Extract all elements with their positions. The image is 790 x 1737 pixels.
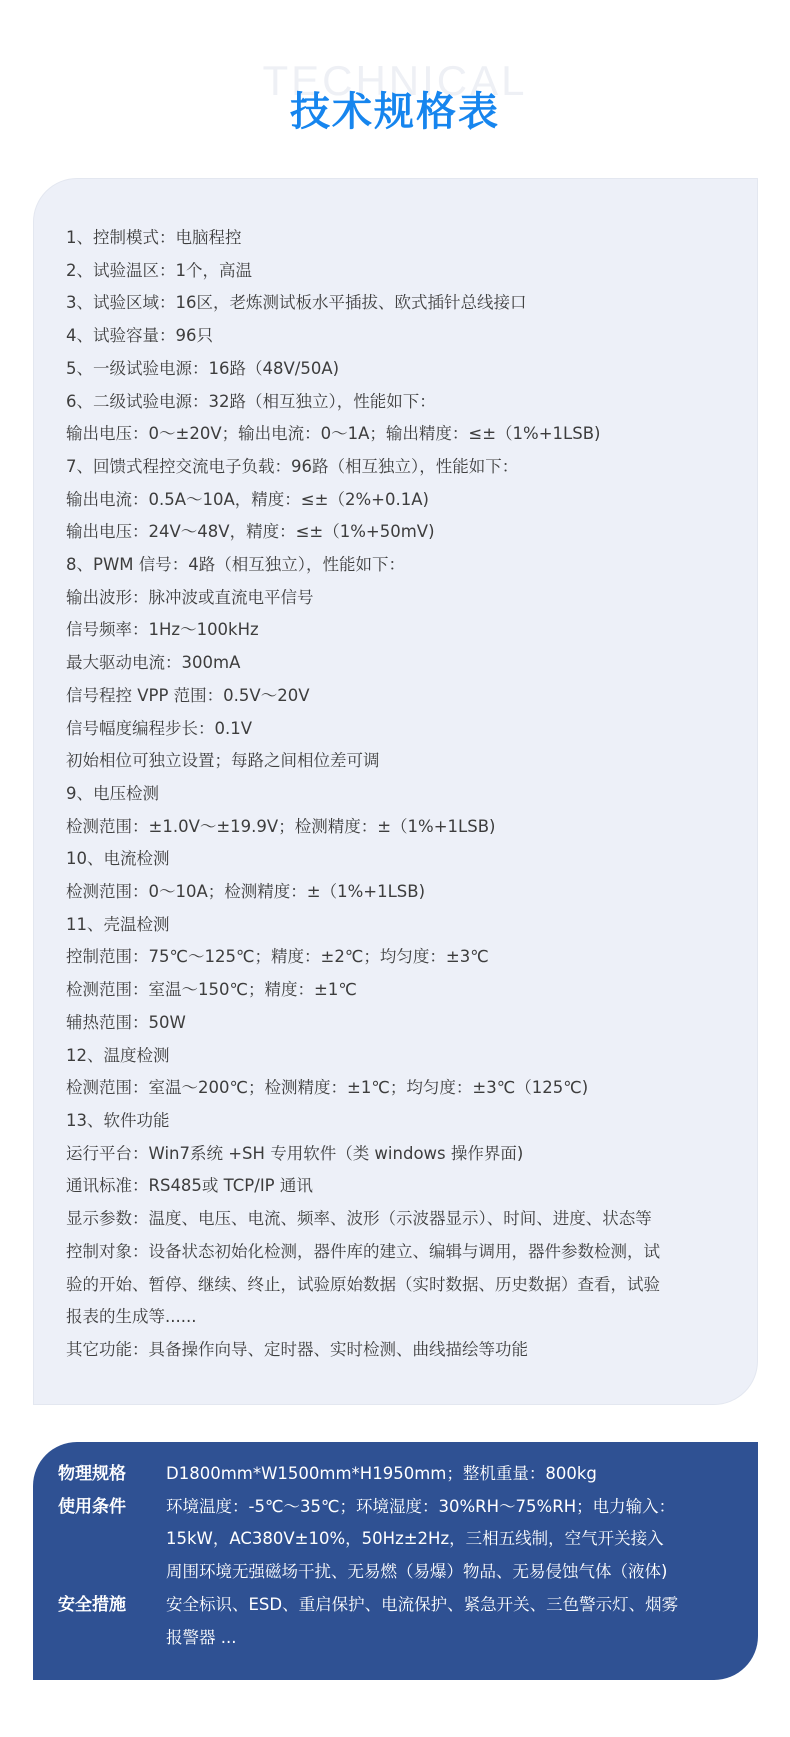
spec-line: 检测范围：±1.0V～±19.9V；检测精度：±（1%+1LSB) bbox=[66, 811, 737, 844]
spec-line: 辅热范围：50W bbox=[66, 1007, 737, 1040]
spec-line: 11、壳温检测 bbox=[66, 909, 737, 942]
usage-conditions-values: 环境温度：-5℃～35℃；环境湿度：30%RH～75%RH；电力输入： 15kW… bbox=[166, 1491, 738, 1589]
spec-line: 检测范围：室温～200℃；检测精度：±1℃；均匀度：±3℃（125℃) bbox=[66, 1072, 737, 1105]
spec-line: 最大驱动电流：300mA bbox=[66, 647, 737, 680]
spec-line: 9、电压检测 bbox=[66, 778, 737, 811]
safety-measures-row: 安全措施 安全标识、ESD、重启保护、电流保护、紧急开关、三色警示灯、烟雾 报警… bbox=[58, 1589, 738, 1654]
spec-line: 2、试验温区：1个，高温 bbox=[66, 255, 737, 288]
spec-line: 信号幅度编程步长：0.1V bbox=[66, 713, 737, 746]
page-header: TECHNICAL 技术规格表 bbox=[0, 0, 790, 170]
physical-spec-card: 物理规格 D1800mm*W1500mm*H1950mm；整机重量：800kg … bbox=[33, 1442, 758, 1680]
spec-line: 13、软件功能 bbox=[66, 1105, 737, 1138]
safety-measures-values: 安全标识、ESD、重启保护、电流保护、紧急开关、三色警示灯、烟雾 报警器 ... bbox=[166, 1589, 738, 1654]
spec-line: 控制范围：75℃～125℃；精度：±2℃；均匀度：±3℃ bbox=[66, 941, 737, 974]
spec-line: 输出电压：0～±20V；输出电流：0～1A；输出精度：≤±（1%+1LSB) bbox=[66, 418, 737, 451]
usage-conditions-row: 使用条件 环境温度：-5℃～35℃；环境湿度：30%RH～75%RH；电力输入：… bbox=[58, 1491, 738, 1589]
spec-line: 信号程控 VPP 范围：0.5V～20V bbox=[66, 680, 737, 713]
usage-conditions-label: 使用条件 bbox=[58, 1491, 166, 1589]
spec-line: 报表的生成等...... bbox=[66, 1301, 737, 1334]
spec-line: 控制对象：设备状态初始化检测，器件库的建立、编辑与调用，器件参数检测，试 bbox=[66, 1236, 737, 1269]
spec-line: 1、控制模式：电脑程控 bbox=[66, 222, 737, 255]
physical-spec-label: 物理规格 bbox=[58, 1458, 166, 1491]
physical-spec-row: 物理规格 D1800mm*W1500mm*H1950mm；整机重量：800kg bbox=[58, 1458, 738, 1491]
spec-line: 检测范围：室温～150℃；精度：±1℃ bbox=[66, 974, 737, 1007]
spec-line: 3、试验区域：16区，老炼测试板水平插拔、欧式插针总线接口 bbox=[66, 287, 737, 320]
spec-line: 5、一级试验电源：16路（48V/50A) bbox=[66, 353, 737, 386]
spec-line: 8、PWM 信号：4路（相互独立），性能如下： bbox=[66, 549, 737, 582]
physical-spec-rows: 物理规格 D1800mm*W1500mm*H1950mm；整机重量：800kg … bbox=[58, 1458, 738, 1654]
spec-line: 信号频率：1Hz～100kHz bbox=[66, 614, 737, 647]
spec-line: 显示参数：温度、电压、电流、频率、波形（示波器显示）、时间、进度、状态等 bbox=[66, 1203, 737, 1236]
spec-line: 4、试验容量：96只 bbox=[66, 320, 737, 353]
usage-conditions-value: 环境温度：-5℃～35℃；环境湿度：30%RH～75%RH；电力输入： bbox=[166, 1491, 738, 1524]
spec-line: 验的开始、暂停、继续、终止，试验原始数据（实时数据、历史数据）查看，试验 bbox=[66, 1269, 737, 1302]
spec-card: 1、控制模式：电脑程控 2、试验温区：1个，高温 3、试验区域：16区，老炼测试… bbox=[33, 178, 758, 1405]
spec-line: 10、电流检测 bbox=[66, 843, 737, 876]
physical-spec-value: D1800mm*W1500mm*H1950mm；整机重量：800kg bbox=[166, 1458, 738, 1491]
spec-line: 通讯标准：RS485或 TCP/IP 通讯 bbox=[66, 1170, 737, 1203]
usage-conditions-value: 周围环境无强磁场干扰、无易燃（易爆）物品、无易侵蚀气体（液体) bbox=[166, 1556, 738, 1589]
spec-line: 检测范围：0～10A；检测精度：±（1%+1LSB) bbox=[66, 876, 737, 909]
spec-line: 其它功能：具备操作向导、定时器、实时检测、曲线描绘等功能 bbox=[66, 1334, 737, 1367]
page-title: 技术规格表 bbox=[0, 80, 790, 137]
safety-measures-label: 安全措施 bbox=[58, 1589, 166, 1654]
spec-line: 初始相位可独立设置；每路之间相位差可调 bbox=[66, 745, 737, 778]
spec-line: 7、回馈式程控交流电子负载：96路（相互独立），性能如下： bbox=[66, 451, 737, 484]
spec-list: 1、控制模式：电脑程控 2、试验温区：1个，高温 3、试验区域：16区，老炼测试… bbox=[66, 222, 737, 1367]
spec-line: 输出电压：24V～48V，精度：≤±（1%+50mV) bbox=[66, 516, 737, 549]
spec-line: 输出电流：0.5A～10A，精度：≤±（2%+0.1A) bbox=[66, 484, 737, 517]
spec-line: 运行平台：Win7系统 +SH 专用软件（类 windows 操作界面) bbox=[66, 1138, 737, 1171]
usage-conditions-value: 15kW，AC380V±10%，50Hz±2Hz，三相五线制，空气开关接入 bbox=[166, 1523, 738, 1556]
spec-line: 输出波形：脉冲波或直流电平信号 bbox=[66, 582, 737, 615]
spec-line: 12、温度检测 bbox=[66, 1040, 737, 1073]
safety-measures-value: 安全标识、ESD、重启保护、电流保护、紧急开关、三色警示灯、烟雾 bbox=[166, 1589, 738, 1622]
spec-line: 6、二级试验电源：32路（相互独立），性能如下： bbox=[66, 386, 737, 419]
physical-spec-values: D1800mm*W1500mm*H1950mm；整机重量：800kg bbox=[166, 1458, 738, 1491]
safety-measures-value: 报警器 ... bbox=[166, 1622, 738, 1655]
